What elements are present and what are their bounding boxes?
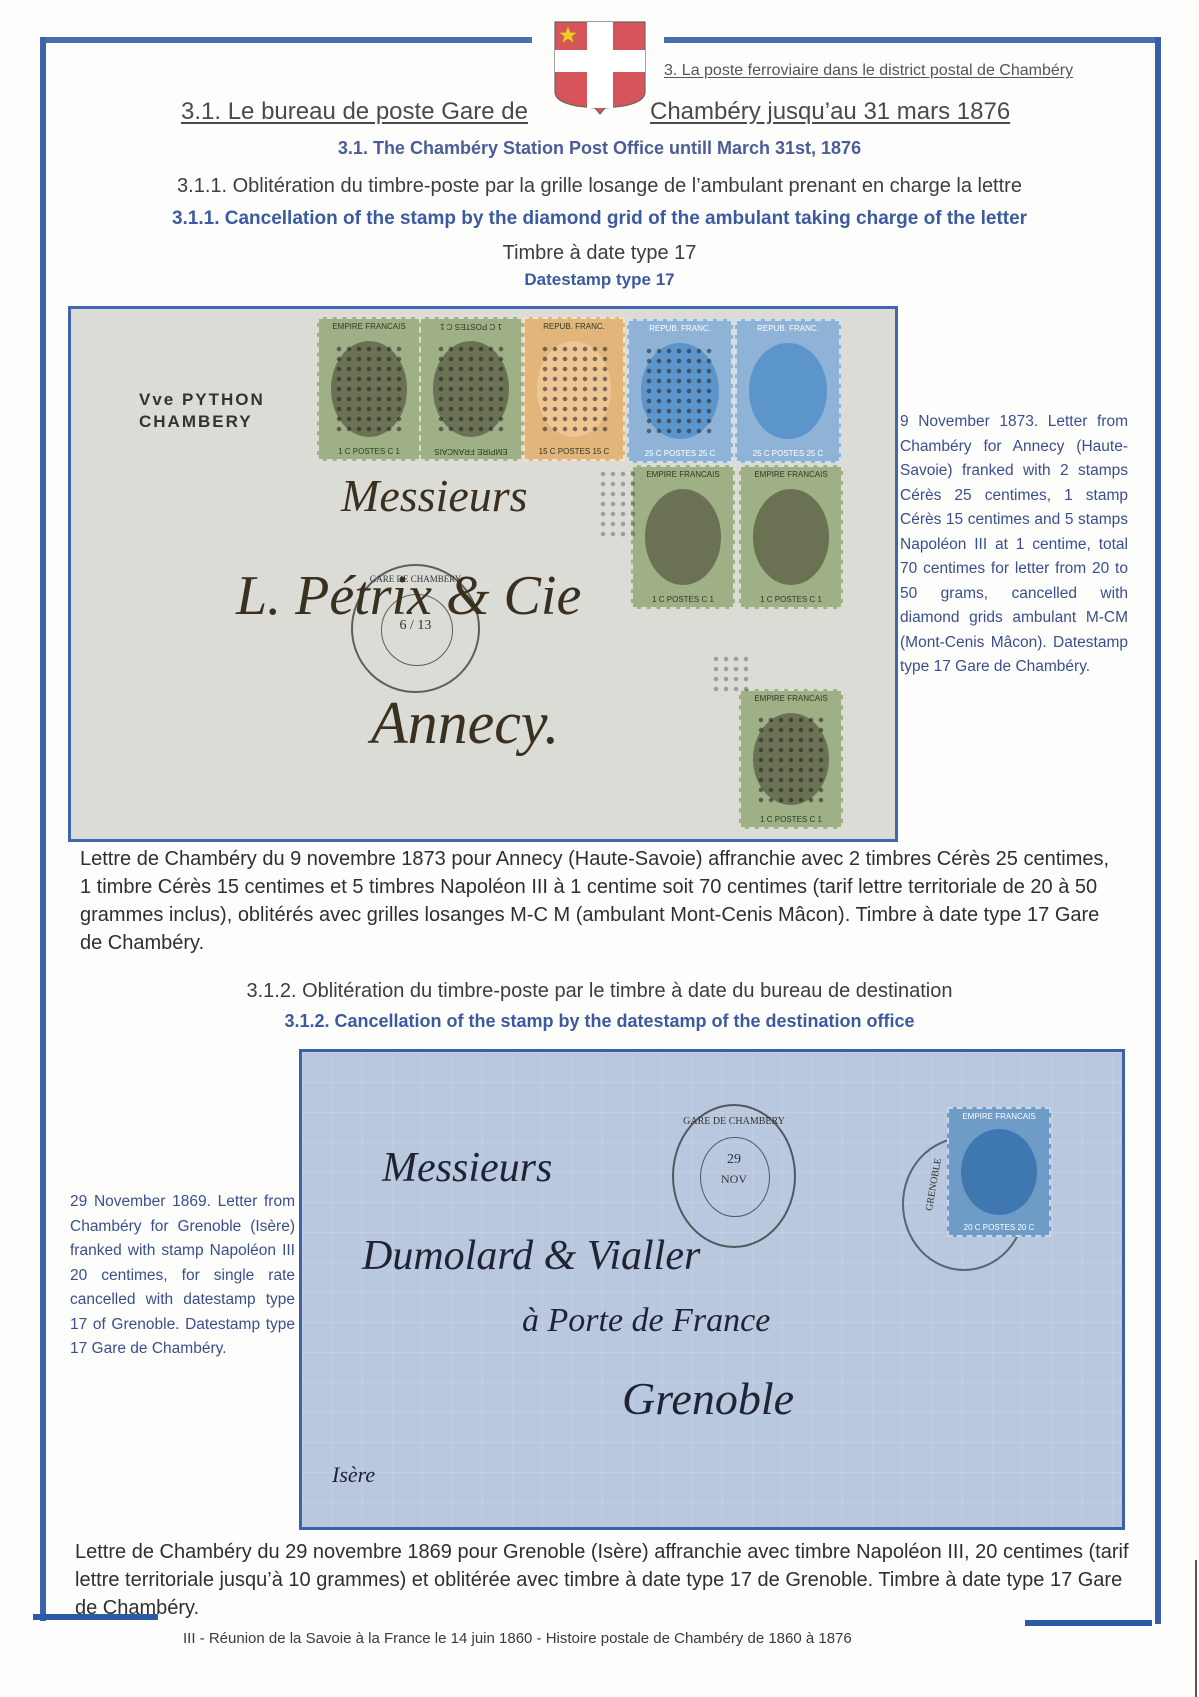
- scan-edge: [1195, 1560, 1197, 1697]
- section1-heading-fr: 3.1.1. Oblitération du timbre-poste par …: [0, 175, 1199, 198]
- stamp-ceres-15c: REPUB. FRANC. 15 C POSTES 15 C: [523, 317, 625, 461]
- stamp-ceres-25c: REPUB. FRANC. 25 C POSTES 25 C: [627, 319, 733, 463]
- stamp-napoleon-20c: EMPIRE FRANCAIS 20 C POSTES 20 C: [947, 1107, 1051, 1237]
- section1-subheading-fr: Timbre à date type 17: [0, 242, 1199, 265]
- stamp-napoleon-1c: EMPIRE FRANCAIS 1 C POSTES C 1: [739, 465, 843, 609]
- letter1-caption-en: 9 November 1873. Letter from Chambéry fo…: [900, 410, 1128, 680]
- frame-border-top-right: [664, 37, 1160, 43]
- page-title-part1: 3.1. Le bureau de poste Gare de: [181, 98, 528, 126]
- address-line-4: Grenoble: [622, 1372, 794, 1425]
- address-line-5: Isère: [332, 1462, 375, 1488]
- diamond-grid-cancel: [711, 654, 751, 694]
- page-title-part2: Chambéry jusqu’au 31 mars 1876: [650, 98, 1010, 126]
- section1-heading-en: 3.1.1. Cancellation of the stamp by the …: [0, 208, 1199, 230]
- sender-mark: Vve PYTHON CHAMBERY: [139, 389, 265, 433]
- savoy-shield-icon: [553, 20, 647, 115]
- section1-subheading-en: Datestamp type 17: [0, 270, 1199, 290]
- stamp-napoleon-1c-inverted: EMPIRE FRANCAIS 1 C POSTES C 1: [419, 317, 523, 461]
- stamp-ceres-25c: REPUB. FRANC. 25 C POSTES 25 C: [735, 319, 841, 463]
- letter-1869-grenoble: GARE DE CHAMBERY 29 NOV GRENOBLE EMPIRE …: [299, 1049, 1125, 1530]
- letter2-description-fr: Lettre de Chambéry du 29 novembre 1869 p…: [75, 1538, 1145, 1622]
- stamp-napoleon-1c: EMPIRE FRANCAIS 1 C POSTES C 1: [631, 465, 735, 609]
- letter1-description-fr: Lettre de Chambéry du 9 novembre 1873 po…: [80, 845, 1125, 957]
- letter2-caption-en: 29 November 1869. Letter from Chambéry f…: [70, 1190, 295, 1362]
- datestamp-gare-de-chambery: GARE DE CHAMBERY 29 NOV: [672, 1104, 796, 1248]
- address-line-2: L. Pétrix & Cie: [236, 564, 581, 628]
- frame-border-top-left: [40, 37, 532, 43]
- address-line-3: à Porte de France: [522, 1302, 770, 1340]
- letter-1873-annecy: Vve PYTHON CHAMBERY EMPIRE FRANCAIS 1 C …: [68, 306, 898, 842]
- chapter-title: 3. La poste ferroviaire dans le district…: [664, 62, 1073, 80]
- section2-heading-fr: 3.1.2. Oblitération du timbre-poste par …: [0, 980, 1199, 1003]
- stamp-napoleon-1c: EMPIRE FRANCAIS 1 C POSTES C 1: [317, 317, 421, 461]
- diamond-grid-cancel: [598, 469, 638, 539]
- address-line-3: Annecy.: [371, 689, 559, 758]
- section2-heading-en: 3.1.2. Cancellation of the stamp by the …: [0, 1011, 1199, 1032]
- page-footer: III - Réunion de la Savoie à la France l…: [183, 1630, 852, 1647]
- address-line-1: Messieurs: [382, 1144, 552, 1192]
- address-line-1: Messieurs: [341, 469, 528, 522]
- page-title-en: 3.1. The Chambéry Station Post Office un…: [0, 138, 1199, 159]
- stamp-napoleon-1c: EMPIRE FRANCAIS 1 C POSTES C 1: [739, 689, 843, 829]
- address-line-2: Dumolard & Vialler: [362, 1232, 700, 1280]
